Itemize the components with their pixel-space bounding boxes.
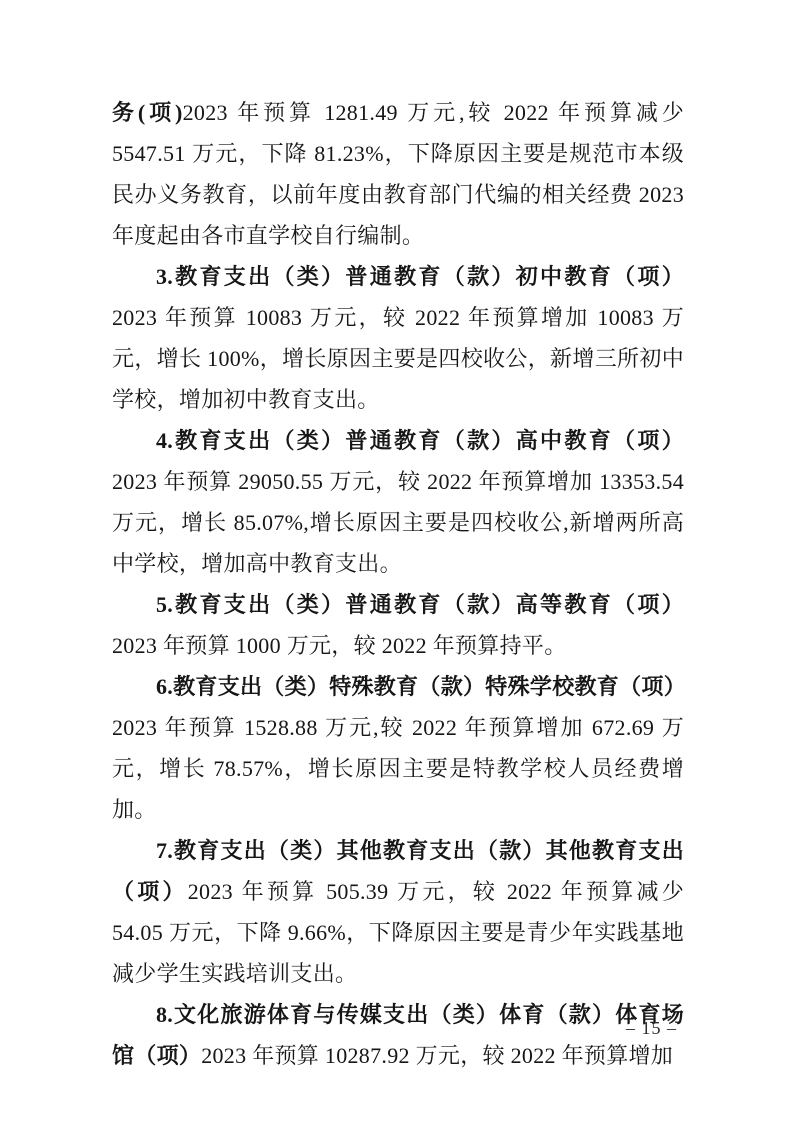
paragraph-body-text: 2023 年预算 10083 万元，较 2022 年预算增加 10083 万元，…	[112, 305, 684, 412]
paragraph: 4.教育支出（类）普通教育（款）高中教育（项）2023 年预算 29050.55…	[112, 420, 684, 584]
paragraph-body-text: 2023 年预算 1528.88 万元,较 2022 年预算增加 672.69 …	[112, 715, 684, 822]
paragraph-heading: 5.教育支出（类）普通教育（款）高等教育（项）	[156, 592, 684, 617]
paragraph: 6.教育支出（类）特殊教育（款）特殊学校教育（项）2023 年预算 1528.8…	[112, 666, 684, 830]
paragraph-body-text: 2023 年预算 1281.49 万元,较 2022 年预算减少 5547.51…	[112, 100, 684, 248]
paragraph: 7.教育支出（类）其他教育支出（款）其他教育支出（项）2023 年预算 505.…	[112, 830, 684, 994]
document-page: 务(项)2023 年预算 1281.49 万元,较 2022 年预算减少 554…	[0, 0, 793, 1122]
page-footer: – 15 –	[626, 1016, 677, 1040]
page-number: – 15 –	[626, 1018, 677, 1038]
paragraph: 3.教育支出（类）普通教育（款）初中教育（项）2023 年预算 10083 万元…	[112, 256, 684, 420]
paragraph-body-text: 2023 年预算 505.39 万元，较 2022 年预算减少 54.05 万元…	[112, 879, 684, 986]
paragraph-heading: 6.教育支出（类）特殊教育（款）特殊学校教育（项）	[156, 674, 686, 699]
paragraph-body-text: 2023 年预算 1000 万元，较 2022 年预算持平。	[112, 633, 567, 658]
paragraph: 5.教育支出（类）普通教育（款）高等教育（项）2023 年预算 1000 万元，…	[112, 584, 684, 666]
paragraph-body-text: 2023 年预算 29050.55 万元，较 2022 年预算增加 13353.…	[112, 469, 684, 576]
paragraph: 8.文化旅游体育与传媒支出（类）体育（款）体育场馆（项）2023 年预算 102…	[112, 994, 684, 1076]
paragraphs-container: 务(项)2023 年预算 1281.49 万元,较 2022 年预算减少 554…	[112, 92, 684, 1076]
paragraph-body-text: 2023 年预算 10287.92 万元，较 2022 年预算增加	[201, 1043, 673, 1068]
paragraph: 务(项)2023 年预算 1281.49 万元,较 2022 年预算减少 554…	[112, 92, 684, 256]
paragraph-heading: 务(项)	[112, 100, 183, 125]
paragraph-heading: 4.教育支出（类）普通教育（款）高中教育（项）	[156, 428, 684, 453]
paragraph-heading: 3.教育支出（类）普通教育（款）初中教育（项）	[156, 264, 684, 289]
